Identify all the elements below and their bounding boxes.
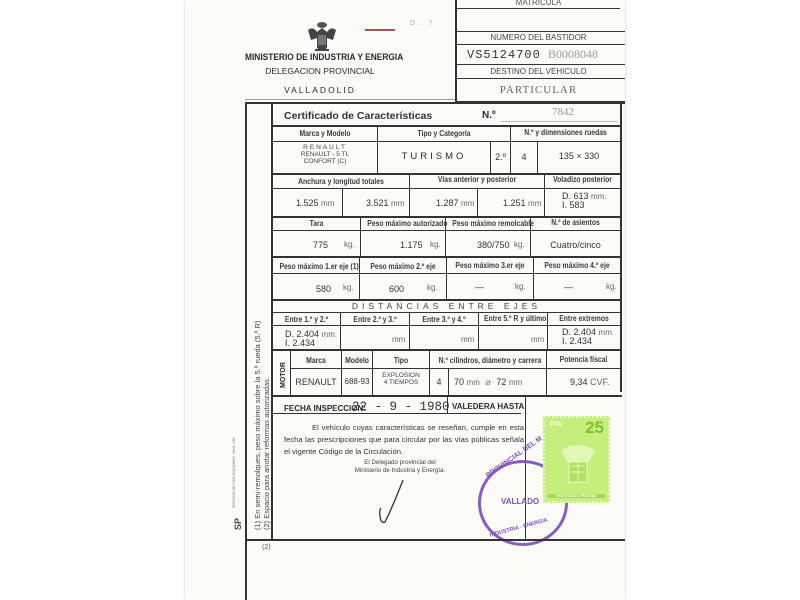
entre-1-2-label: Entre 1.º y 2.º — [278, 315, 335, 324]
eje2-value: 600 — [389, 284, 404, 294]
pma-value: 1.175 — [400, 240, 423, 250]
eje1-unit: kg. — [343, 283, 354, 292]
signer-line-2: Ministerio de Industria y Energía. — [340, 467, 460, 474]
eje1-value: 580 — [316, 284, 331, 294]
entre-2-3-label: Entre 2.º y 3.º — [346, 315, 404, 324]
motor-side-label: MOTOR — [280, 362, 287, 388]
eje2-label: Peso máximo 2.º eje — [366, 262, 439, 271]
bastidor-label: NUMERO DEL BASTIDOR — [457, 33, 620, 42]
reform-space — [247, 541, 622, 600]
tipo-categoria-label: Tipo y Categoría — [388, 129, 500, 138]
valedera-hasta-value — [520, 402, 610, 412]
asientos-value: Cuatro/cinco — [531, 240, 620, 250]
eje4-unit: kg. — [606, 282, 617, 291]
diameter-icon: ⌀ — [485, 377, 490, 387]
ruedas-label: N.º y dimensiones ruedas — [519, 128, 612, 137]
motor-modelo-label: Modelo — [344, 356, 370, 365]
publisher-imprint: SERVICIO DE PUBLICACIONES · Mod. 1/80 — [232, 437, 236, 508]
categoria-value: 2.º — [491, 152, 510, 162]
motor-potencia-value: 9,34 CVF. — [570, 377, 610, 387]
motor-tipo-label: Tipo — [377, 356, 425, 365]
entre-1-2-value: D. 2.404 mm. I. 2.434 — [285, 330, 337, 348]
fiscal-stamp: PTA 25 VEINTICINCO PESETAS — [543, 416, 610, 503]
valedera-hasta-label: VALEDERA HASTA: — [452, 402, 527, 411]
tara-label: Tara — [280, 219, 354, 228]
pma-unit: kg. — [430, 240, 441, 249]
entre-2-3-unit: mm — [392, 335, 405, 344]
seal-ring-bottom: INDUSTRIA - ENERGIA — [489, 517, 548, 538]
entre-3-4-label: Entre 3.º y 4.º — [415, 315, 473, 324]
certificate-number: 7842 — [552, 106, 574, 118]
motor-modelo-value: 688-93 — [342, 377, 372, 386]
pmr-value: 380/750 — [477, 240, 510, 250]
motor-diametro-carrera: 70 mm ⌀ 72 mm — [454, 377, 522, 388]
anchura-value: 1.525 mm — [296, 198, 334, 208]
bastidor-main: VS5124700 — [467, 48, 541, 62]
motor-marca-value: RENAULT — [291, 377, 341, 387]
eje1-label: Peso máximo 1.er eje (1) — [279, 262, 352, 271]
longitud-value: 3.521 mm — [366, 198, 404, 208]
voladizo-value: D. 613 mm. I. 583 — [562, 192, 607, 210]
tara-unit: kg. — [344, 240, 355, 249]
motor-potencia-label: Potencia fiscal — [552, 355, 614, 364]
fiscal-currency: PTA — [550, 422, 562, 428]
certificate-title: Certificado de Características — [284, 110, 432, 122]
footnote-1: (1) En semi-remolques, peso máximo sobre… — [253, 321, 262, 530]
motor-tipo-value: EXPLOSION 4 TIEMPOS — [373, 372, 429, 386]
anchura-label: Anchura y longitud totales — [283, 177, 399, 186]
signature — [375, 478, 415, 531]
signer-line-1: El Delegado provincial del — [340, 459, 460, 466]
entre-extremos-label: Entre extremos — [553, 314, 614, 323]
destino-label: DESTINO DEL VEHICULO — [457, 67, 620, 76]
matricula-label: MATRICULA — [457, 0, 620, 7]
fiscal-caption: VEINTICINCO PESETAS — [548, 494, 605, 498]
voladizo-label: Voladizo posterior — [551, 175, 615, 184]
bastidor-value: VS5124700 B0008048 — [467, 47, 598, 62]
pma-label: Peso máximo autorizado — [367, 219, 438, 228]
matricula-field — [460, 12, 620, 30]
entre-5-ultimo-unit: mm — [531, 335, 544, 344]
distancias-title: DISTANCIAS ENTRE EJES — [273, 301, 620, 311]
eje4-value: — — [564, 282, 573, 292]
eje3-label: Peso máximo 3.er eje — [453, 261, 526, 270]
eje2-unit: kg. — [427, 283, 438, 292]
fiscal-value: 25 — [585, 418, 604, 438]
pmr-label: Peso máximo remolcable — [452, 219, 523, 228]
via-posterior-value: 1.251 mm — [503, 198, 541, 208]
entre-extremos-value: D. 2.404 mm. I. 2.434 — [562, 328, 614, 346]
entre-3-4-unit: mm — [461, 335, 474, 344]
publisher-logo: SP — [233, 518, 243, 530]
ruedas-dimension: 135 × 330 — [538, 151, 620, 161]
fecha-inspeccion-value: 22 - 9 - 1980 — [352, 400, 450, 414]
delegation-name: DELEGACION PROVINCIAL — [245, 66, 395, 76]
compliance-statement: El vehículo cuyas características se res… — [284, 422, 524, 458]
via-anterior-value: 1.287 mm — [436, 198, 474, 208]
pmr-unit: kg. — [514, 240, 525, 249]
marca-modelo-value: RENAULT RENAULT - 5 TL CONFORT (C) — [273, 144, 377, 165]
asientos-label: N.º de asientos — [538, 218, 614, 227]
ministry-name: MINISTERIO DE INDUSTRIA Y ENERGIA — [245, 52, 386, 63]
province-name: VALLADOLID — [245, 85, 395, 95]
fiscal-emblem-icon — [557, 442, 599, 488]
seal-center-text: VALLADO — [501, 497, 539, 506]
footnote-2: (2) Espacio para anotar reformas autoriz… — [262, 377, 271, 530]
tipo-value: TURISMO — [378, 151, 490, 162]
motor-cilindros-label: N.º cilindros, diámetro y carrera — [439, 356, 537, 365]
eje3-unit: kg. — [515, 282, 526, 291]
marca-modelo-label: Marca y Modelo — [281, 129, 369, 138]
eje4-label: Peso máximo 4.º eje — [540, 261, 613, 270]
eje3-value: — — [475, 282, 484, 292]
entre-5-ultimo-label: Entre 5.º R y último — [484, 314, 542, 323]
tara-value: 775 — [313, 240, 328, 250]
reference-mark: D.. 7 — [410, 20, 435, 27]
destino-value: PARTICULAR — [457, 84, 620, 96]
coat-of-arms-icon — [305, 18, 339, 54]
bastidor-suffix: B0008048 — [548, 47, 598, 61]
certificate-number-label: N.º — [482, 110, 496, 121]
ruedas-count: 4 — [511, 152, 537, 162]
vias-label: Vías anterior y posterior — [420, 175, 534, 184]
motor-cilindros-value: 4 — [430, 377, 448, 387]
motor-marca-label: Marca — [295, 356, 338, 365]
